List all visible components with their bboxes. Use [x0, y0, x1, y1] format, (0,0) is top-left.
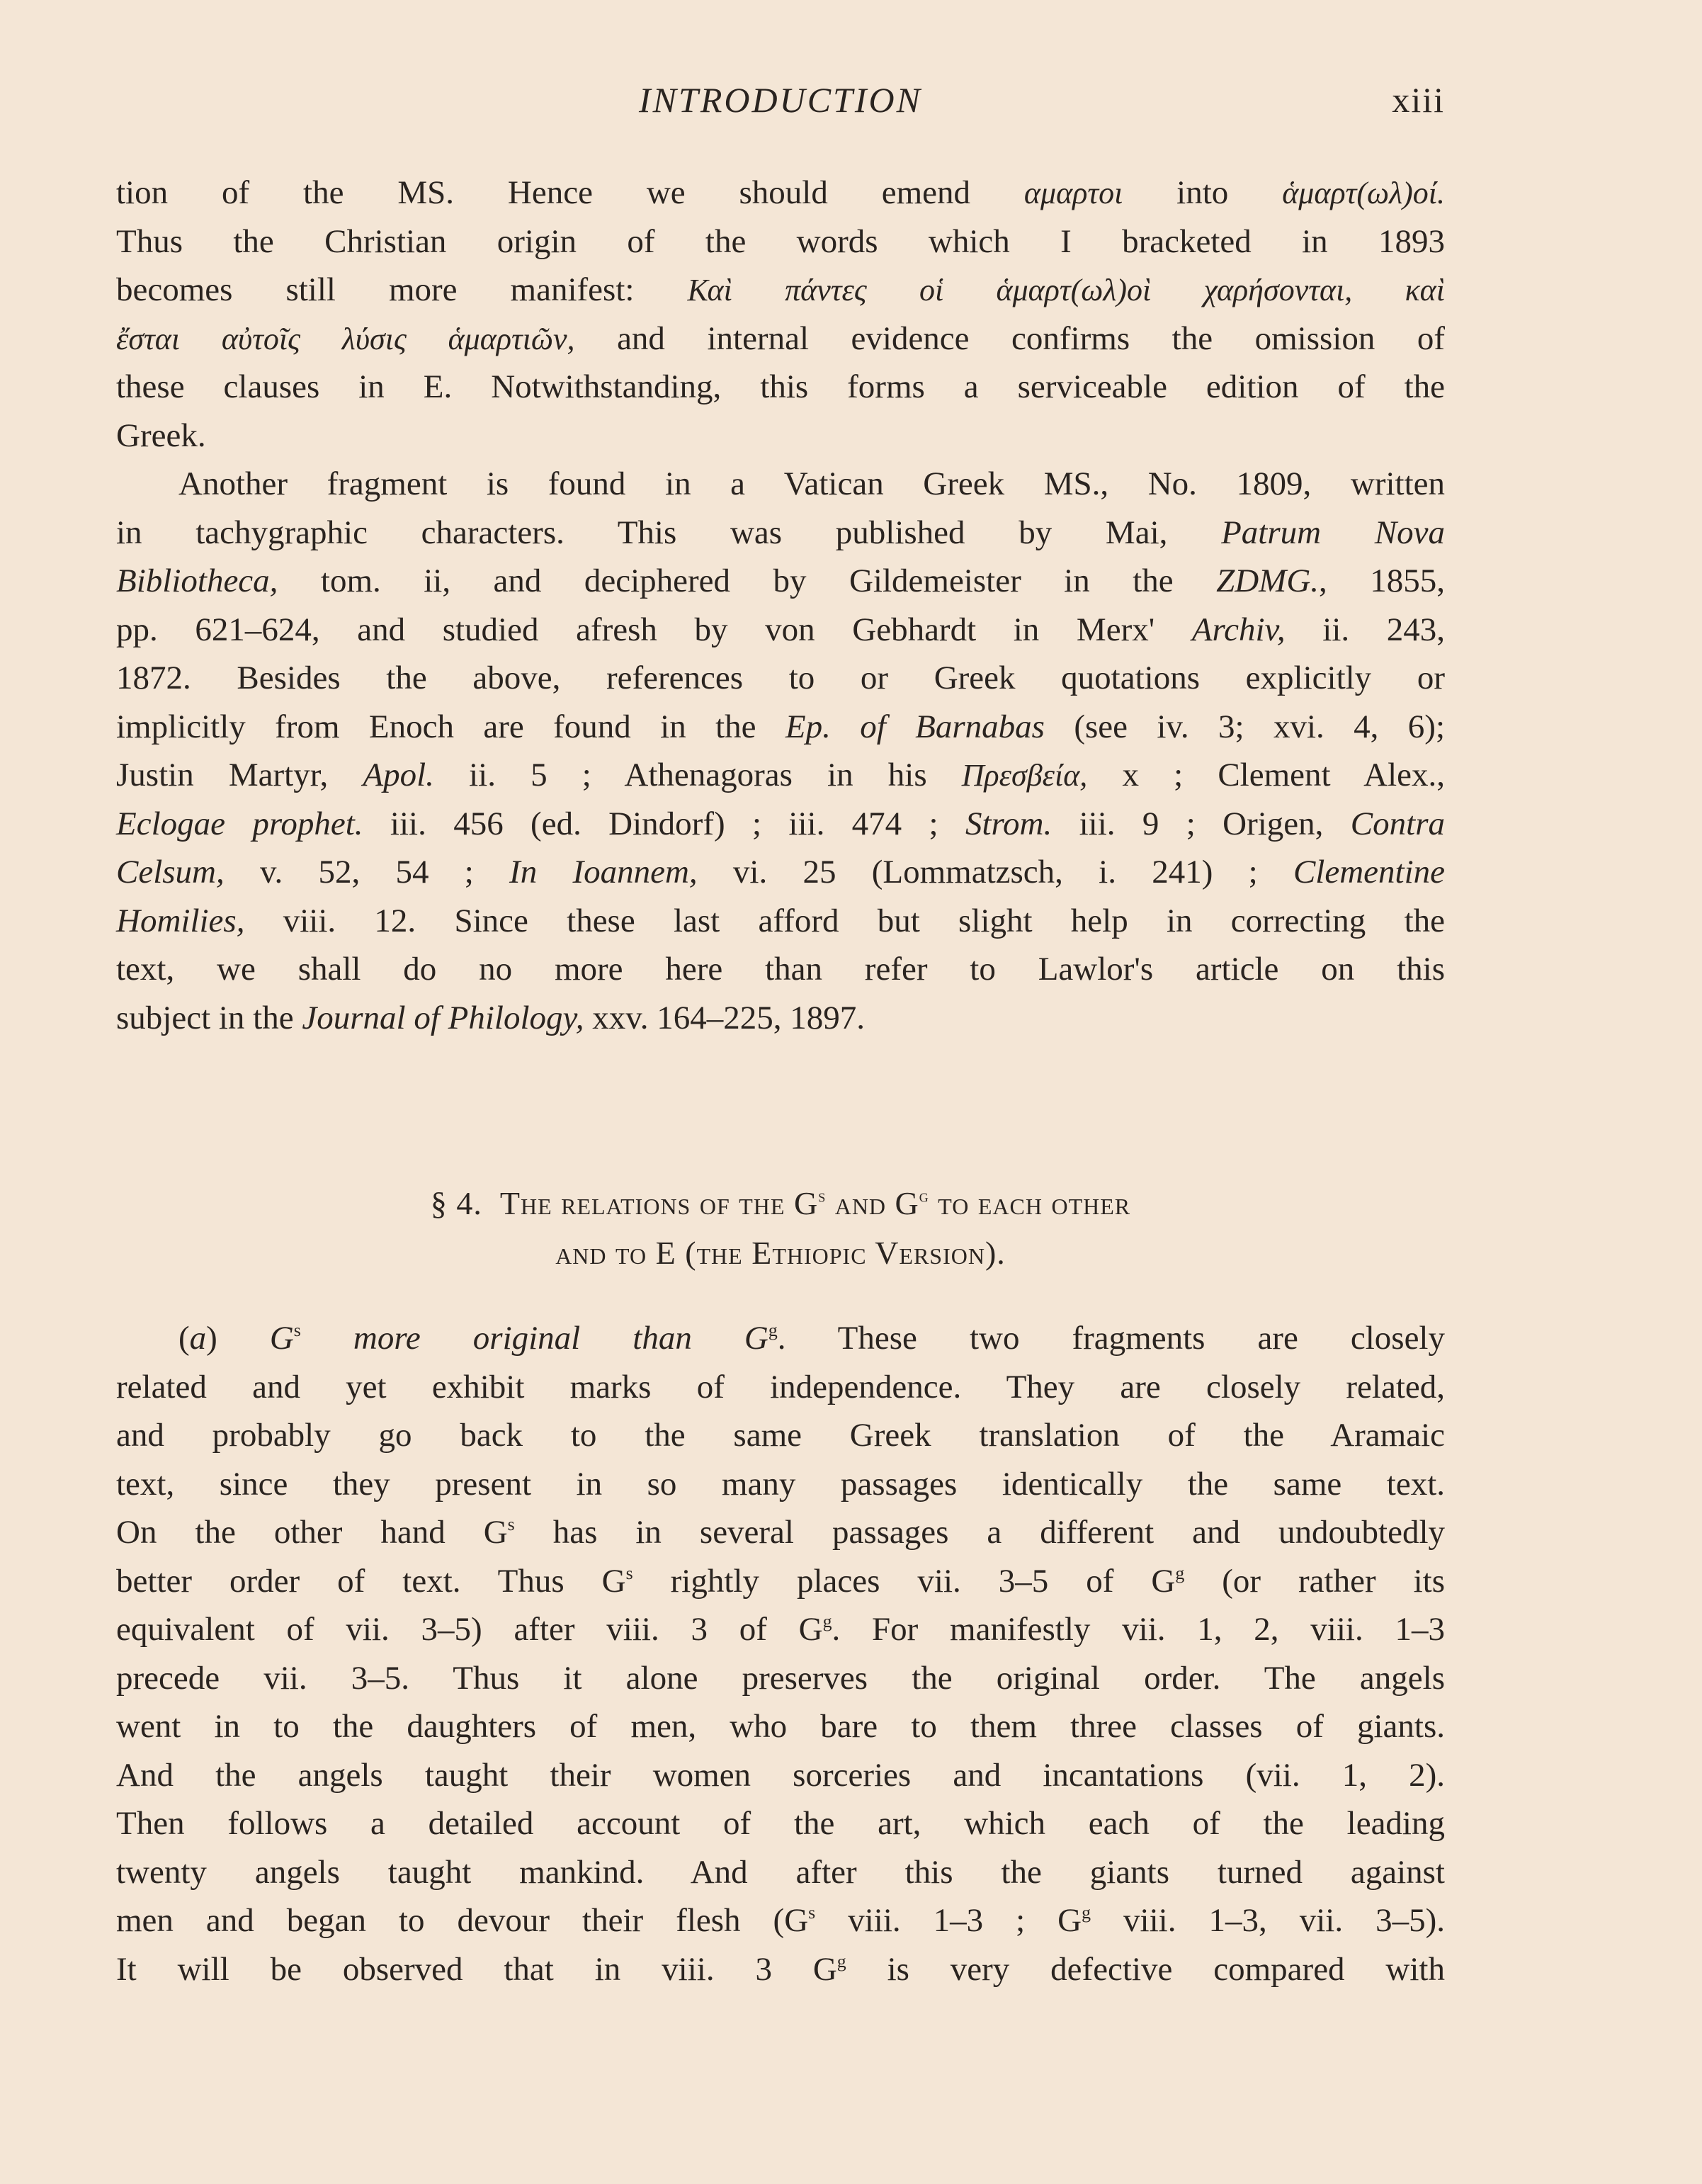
paragraph-greek-text-edition: tion of the MS. Hence we should emend αμ… [116, 169, 1445, 460]
text-line: Celsum, v. 52, 54 ; In Ioannem, vi. 25 (… [116, 848, 1445, 897]
text-line: 1872. Besides the above, references to o… [116, 654, 1445, 703]
italic-text: ZDMG. [1216, 562, 1319, 599]
text-line: Justin Martyr, Apol. ii. 5 ; Athenagoras… [116, 751, 1445, 800]
italic-text: Clementine [1293, 854, 1445, 890]
text-line: (a) Gs more original than Gg. These two … [116, 1314, 1445, 1363]
text-line: and probably go back to the same Greek t… [116, 1411, 1445, 1460]
superscript: g [1082, 1902, 1091, 1923]
text-line: ἔσται αὐτοῖς λύσις ἁμαρτιῶν, and interna… [116, 315, 1445, 363]
superscript: g [1175, 1562, 1184, 1583]
superscript: g [837, 1950, 846, 1971]
superscript: s [626, 1562, 633, 1583]
running-head: INTRODUCTION xiii [116, 79, 1445, 129]
text-line: implicitly from Enoch are found in the E… [116, 703, 1445, 752]
italic-text: a [190, 1320, 207, 1357]
italic-text: Bibliotheca, [116, 562, 278, 599]
italic-text: Journal of Philology, [302, 1000, 584, 1036]
greek-text: αμαρτοι [1024, 176, 1123, 210]
page-number: xiii [1392, 79, 1445, 120]
superscript: s [294, 1320, 301, 1340]
italic-text: Ep. of Barnabas [785, 708, 1045, 745]
text-line: these clauses in E. Notwithstanding, thi… [116, 363, 1445, 412]
text-line: Thus the Christian origin of the words w… [116, 217, 1445, 266]
text-line: Greek. [116, 412, 1445, 460]
text-line: text, since they present in so many pass… [116, 1460, 1445, 1509]
text-line: related and yet exhibit marks of indepen… [116, 1363, 1445, 1412]
text-line: pp. 621–624, and studied afresh by von G… [116, 606, 1445, 655]
paragraph-vatican-fragment: Another fragment is found in a Vatican G… [116, 460, 1445, 1042]
section-heading-line-1: § 4. The relations of the Gs and Gg to e… [116, 1179, 1445, 1228]
italic-text: Strom. [965, 805, 1052, 842]
italic-text: In Ioannem, [509, 854, 698, 890]
italic-text: Apol. [363, 757, 434, 793]
italic-text: Patrum Nova [1221, 514, 1445, 551]
text-line: And the angels taught their women sorcer… [116, 1751, 1445, 1800]
text-line: better order of text. Thus Gs rightly pl… [116, 1557, 1445, 1606]
italic-text: G [270, 1320, 294, 1357]
superscript: s [818, 1186, 826, 1206]
text-line: Then follows a detailed account of the a… [116, 1799, 1445, 1848]
superscript: s [508, 1514, 515, 1534]
superscript: g [919, 1186, 929, 1206]
text-line: Homilies, viii. 12. Since these last aff… [116, 897, 1445, 946]
text-line: subject in the Journal of Philology, xxv… [116, 994, 1445, 1043]
text-line: Eclogae prophet. iii. 456 (ed. Dindorf) … [116, 800, 1445, 849]
text-line: becomes still more manifest: Καὶ πάντες … [116, 266, 1445, 315]
text-line: precede vii. 3–5. Thus it alone preserve… [116, 1654, 1445, 1703]
superscript: g [768, 1320, 778, 1340]
italic-text: more original than G [301, 1320, 768, 1357]
italic-text: Archiv, [1192, 611, 1286, 648]
text-line: Another fragment is found in a Vatican G… [116, 460, 1445, 509]
text-line: It will be observed that in viii. 3 Gg i… [116, 1945, 1445, 1994]
text-line: On the other hand Gs has in several pass… [116, 1508, 1445, 1557]
text-line: men and began to devour their flesh (Gs … [116, 1896, 1445, 1945]
text-line: twenty angels taught mankind. And after … [116, 1848, 1445, 1897]
running-title: INTRODUCTION [116, 79, 1445, 120]
text-line: went in to the daughters of men, who bar… [116, 1702, 1445, 1751]
section-heading-line-2: and to E (the Ethiopic Version). [116, 1228, 1445, 1278]
text-line: equivalent of vii. 3–5) after viii. 3 of… [116, 1605, 1445, 1654]
section-number: § 4. [431, 1185, 482, 1221]
greek-text: Καὶ πάντες οἱ ἁμαρτ(ωλ)οὶ χαρήσονται, κα… [687, 273, 1445, 307]
italic-text: Eclogae prophet. [116, 805, 363, 842]
section-heading: § 4. The relations of the Gs and Gg to e… [116, 1179, 1445, 1278]
text-line: tion of the MS. Hence we should emend αμ… [116, 169, 1445, 217]
section-title-1: The relations of the Gs and Gg to each o… [500, 1185, 1130, 1221]
superscript: s [808, 1902, 815, 1923]
italic-text: Homilies, [116, 903, 244, 939]
greek-text: ἔσται αὐτοῖς λύσις ἁμαρτιῶν, [116, 322, 575, 356]
greek-text: Πρεσβεία, [962, 758, 1088, 793]
greek-text: ἁμαρτ(ωλ)οί. [1282, 176, 1445, 210]
text-line: in tachygraphic characters. This was pub… [116, 509, 1445, 558]
paragraph-gs-more-original: (a) Gs more original than Gg. These two … [116, 1314, 1445, 1993]
italic-text: Contra [1351, 805, 1445, 842]
text-line: Bibliotheca, tom. ii, and deciphered by … [116, 557, 1445, 606]
text-line: text, we shall do no more here than refe… [116, 945, 1445, 994]
superscript: g [823, 1611, 832, 1631]
italic-text: Celsum, [116, 854, 225, 890]
